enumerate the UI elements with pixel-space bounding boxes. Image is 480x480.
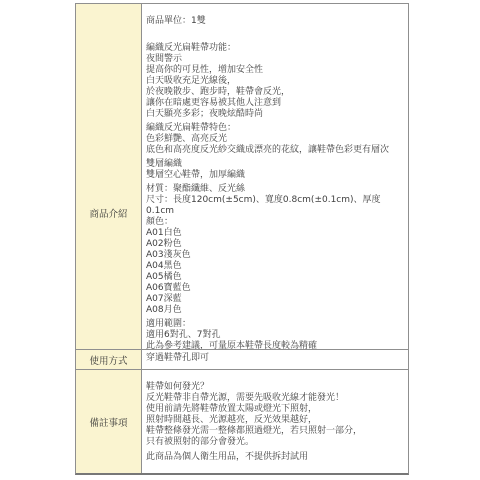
content-cell-remarks: 鞋帶如何發光？ 反光鞋帶非自帶光源，需要先吸收光線才能發光！ 使用前請先將鞋帶放… — [142, 370, 408, 473]
row-label: 使用方式 — [89, 353, 127, 367]
label-cell-usage-method: 使用方式 — [76, 350, 142, 369]
label-cell-remarks: 備註事項 — [76, 370, 142, 473]
row-label: 商品介紹 — [89, 206, 127, 220]
applicable-range-paragraph: 適用範圍： 適用6對孔、7對孔 此為參考建議，可量原本鞋帶長度較為精確 適用運動… — [146, 319, 402, 349]
content-cell-product-intro: 商品單位：1雙 編織反光扁鞋帶功能： 夜間警示 提高你的可見性，增加安全性 白天… — [142, 4, 408, 349]
material-size-colors-paragraph: 材質：聚酯纖維、反光絲 尺寸：長度120cm(±5cm)、寬度0.8cm(±0.… — [146, 184, 402, 316]
row-product-intro: 商品介紹 商品單位：1雙 編織反光扁鞋帶功能： 夜間警示 提高你的可見性，增加安… — [76, 4, 408, 349]
label-cell-product-intro: 商品介紹 — [76, 4, 142, 349]
row-label: 備註事項 — [89, 415, 127, 429]
shoelace-functions-paragraph: 編織反光扁鞋帶功能： 夜間警示 提高你的可見性，增加安全性 白天吸收充足光線後，… — [146, 43, 402, 120]
row-usage-method: 使用方式 穿過鞋帶孔即可 — [76, 349, 408, 369]
double-weave-paragraph: 雙層編織 雙層空心鞋帶，加厚編織 — [146, 159, 402, 181]
glow-instructions-paragraph: 鞋帶如何發光？ 反光鞋帶非自帶光源，需要先吸收光線才能發光！ 使用前請先將鞋帶放… — [146, 382, 402, 448]
row-remarks: 備註事項 鞋帶如何發光？ 反光鞋帶非自帶光源，需要先吸收光線才能發光！ 使用前請… — [76, 369, 408, 473]
usage-method-paragraph: 穿過鞋帶孔即可 — [146, 353, 209, 364]
product-unit-paragraph: 商品單位：1雙 — [146, 16, 402, 27]
shoelace-features-paragraph: 編織反光扁鞋帶特色： 色彩鮮艷、高亮反光 底色和高亮度反光紗交織成漂亮的花紋，讓… — [146, 123, 402, 156]
hygiene-notice-paragraph: 此商品為個人衛生用品，不提供拆封試用 — [146, 452, 402, 463]
product-spec-table: 商品介紹 商品單位：1雙 編織反光扁鞋帶功能： 夜間警示 提高你的可見性，增加安… — [75, 3, 409, 475]
content-cell-usage-method: 穿過鞋帶孔即可 — [142, 350, 408, 369]
